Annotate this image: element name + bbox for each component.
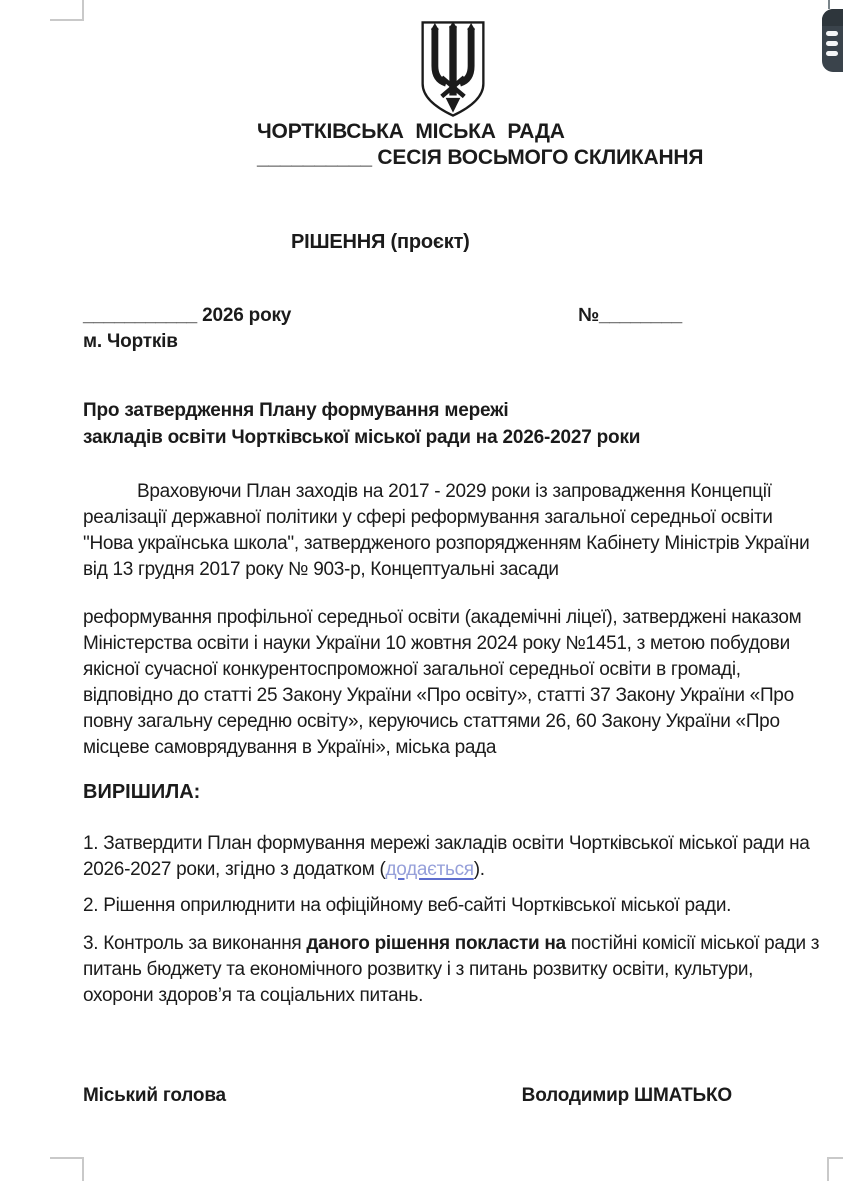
frame-corner-bottom-left [50, 1157, 84, 1181]
floating-menu-button[interactable] [822, 9, 843, 72]
decision-item-3: 3. Контроль за виконання даного рішення … [83, 931, 824, 1009]
date-blank: ___________ 2026 року [83, 303, 291, 329]
session-line: __________ СЕСІЯ ВОСЬМОГО СКЛИКАННЯ [257, 145, 824, 171]
signature-row: Міський голова Володимир ШМАТЬКО [83, 1083, 824, 1109]
decision-subject-title: Про затвердження Плану формування мережі… [83, 397, 824, 451]
signer-name: Володимир ШМАТЬКО [522, 1083, 732, 1109]
council-name: ЧОРТКІВСЬКА МІСЬКА РАДА [257, 119, 824, 145]
menu-button-cap[interactable] [822, 9, 843, 26]
document-page: ЧОРТКІВСЬКА МІСЬКА РАДА __________ СЕСІЯ… [0, 0, 843, 1181]
attachment-link[interactable]: додається [385, 859, 473, 880]
city-line: м. Чортків [83, 329, 824, 355]
decision-item-2: 2. Рішення оприлюднити на офіційному веб… [83, 893, 824, 919]
number-blank: №________ [578, 303, 682, 329]
frame-corner-bottom-right [827, 1157, 843, 1181]
preamble-paragraph-2: реформування профільної середньої освіти… [83, 605, 824, 761]
frame-corner-top-left [50, 0, 84, 21]
date-number-row: ___________ 2026 року №________ [83, 303, 824, 329]
document-header: ЧОРТКІВСЬКА МІСЬКА РАДА __________ СЕСІЯ… [257, 119, 824, 171]
preamble-paragraph-1: Враховуючи План заходів на 2017 - 2029 р… [83, 479, 824, 583]
decision-item-1: 1. Затвердити План формування мережі зак… [83, 831, 824, 883]
hamburger-icon [826, 31, 838, 61]
bold-fragment: даного рішення покласти на [306, 933, 565, 954]
signer-role: Міський голова [83, 1083, 226, 1109]
menu-button-tick [828, 0, 830, 9]
title-line-2: закладів освіти Чортківської міської рад… [83, 424, 824, 451]
document-content: ЧОРТКІВСЬКА МІСЬКА РАДА __________ СЕСІЯ… [83, 0, 824, 1109]
document-type-title: РІШЕННЯ (проєкт) [291, 231, 824, 254]
resolved-label: ВИРІШИЛА: [83, 779, 824, 805]
title-line-1: Про затвердження Плану формування мережі [83, 397, 824, 424]
